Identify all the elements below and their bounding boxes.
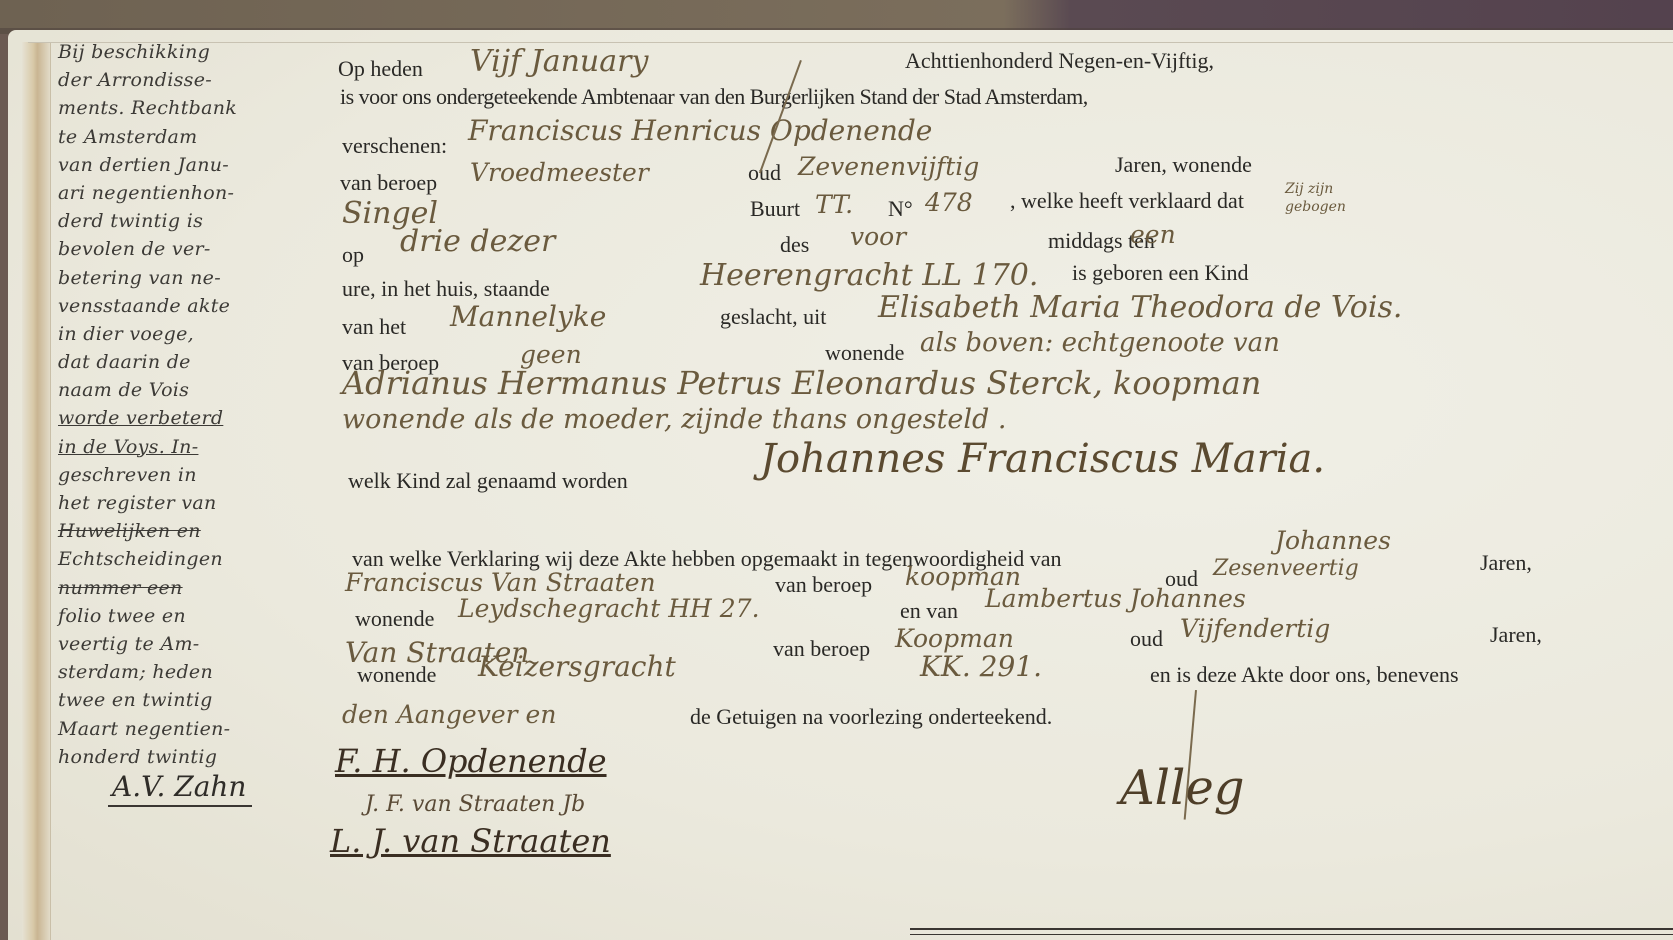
printed-van-beroep-w2: van beroep bbox=[773, 636, 870, 662]
handwritten-mother: Elisabeth Maria Theodora de Vois. bbox=[878, 290, 1402, 325]
printed-buurt: Buurt bbox=[750, 196, 800, 222]
printed-year: Achttienhonderd Negen-en-Vijftig, bbox=[905, 48, 1214, 74]
margin-line: vensstaande akte bbox=[58, 292, 358, 320]
printed-is-geboren: is geboren een Kind bbox=[1072, 260, 1249, 286]
margin-line: honderd twintig bbox=[58, 743, 358, 771]
handwritten-witness1-address: Leydschegracht HH 27. bbox=[458, 594, 760, 623]
margin-line: in de Voys. In- bbox=[58, 433, 358, 461]
margin-line: bevolen de ver- bbox=[58, 235, 358, 263]
handwritten-witness1-name: Franciscus Van Straaten bbox=[345, 568, 656, 597]
margin-signature: A.V. Zahn bbox=[108, 770, 252, 807]
margin-line: te Amsterdam bbox=[58, 123, 358, 151]
handwritten-hour: een bbox=[1130, 220, 1176, 249]
handwritten-margin-addition: Zij zijn gebogen bbox=[1285, 180, 1370, 216]
handwritten-father: Adrianus Hermanus Petrus Eleonardus Ster… bbox=[342, 364, 1261, 402]
printed-ambtenaar-line: is voor ons ondergeteekende Ambtenaar va… bbox=[340, 84, 1088, 110]
margin-line: twee en twintig bbox=[58, 686, 358, 714]
margin-line: Maart negentien- bbox=[58, 715, 358, 743]
printed-welk-kind: welk Kind zal genaamd worden bbox=[348, 468, 628, 494]
margin-line: geschreven in bbox=[58, 461, 358, 489]
printed-ure-huis: ure, in het huis, staande bbox=[342, 276, 550, 302]
handwritten-time-of-day: voor bbox=[850, 222, 906, 251]
handwritten-witness2-address: Keizersgracht bbox=[478, 650, 676, 683]
printed-oud-w2: oud bbox=[1130, 626, 1163, 652]
margin-line: der Arrondisse- bbox=[58, 66, 358, 94]
handwritten-child-name: Johannes Franciscus Maria. bbox=[760, 436, 1325, 482]
margin-line: Huwelijken en bbox=[58, 517, 358, 545]
margin-note: Bij beschikking der Arrondisse- ments. R… bbox=[58, 38, 358, 771]
handwritten-declarant-occupation: Vroedmeester bbox=[470, 158, 649, 187]
handwritten-witness2-occupation: Koopman bbox=[895, 624, 1014, 653]
printed-oud: oud bbox=[748, 160, 781, 186]
signature-witness1: J. F. van Straaten Jb bbox=[365, 792, 585, 817]
printed-wonende-w1: wonende bbox=[355, 606, 434, 632]
printed-en-is-deze: en is deze Akte door ons, benevens bbox=[1150, 662, 1459, 688]
printed-wonende: wonende bbox=[825, 340, 904, 366]
printed-number-sign: N° bbox=[888, 196, 913, 222]
handwritten-birth-address: Heerengracht LL 170. bbox=[700, 258, 1038, 293]
gutter-line bbox=[50, 42, 51, 940]
margin-line: nummer een bbox=[58, 574, 358, 602]
printed-jaren-w2: Jaren, bbox=[1490, 622, 1542, 648]
margin-line: van dertien Janu- bbox=[58, 151, 358, 179]
printed-jaren-wonende: Jaren, wonende bbox=[1115, 152, 1252, 178]
page-gutter bbox=[22, 42, 50, 940]
printed-op: op bbox=[342, 242, 364, 268]
margin-line: folio twee en bbox=[58, 602, 358, 630]
printed-en-van: en van bbox=[900, 598, 958, 624]
handwritten-sex: Mannelyke bbox=[450, 300, 606, 333]
handwritten-witness2-age: Vijfendertig bbox=[1180, 614, 1330, 643]
handwritten-witness2-house: KK. 291. bbox=[920, 650, 1042, 683]
signature-witness2: L. J. van Straaten bbox=[330, 822, 611, 860]
margin-line: betering van ne- bbox=[58, 264, 358, 292]
margin-line: ments. Rechtbank bbox=[58, 94, 358, 122]
printed-geslacht-uit: geslacht, uit bbox=[720, 304, 826, 330]
margin-line: Bij beschikking bbox=[58, 38, 358, 66]
printed-getuigen: de Getuigen na voorlezing onderteekend. bbox=[690, 704, 1052, 730]
margin-line: derd twintig is bbox=[58, 207, 358, 235]
handwritten-aangever: den Aangever en bbox=[342, 700, 556, 729]
printed-welke-heeft: , welke heeft verklaard dat bbox=[1010, 188, 1244, 214]
handwritten-declarant-age: Zevenenvijftig bbox=[798, 152, 979, 181]
margin-line: Echtscheidingen bbox=[58, 545, 358, 573]
margin-line: in dier voege, bbox=[58, 320, 358, 348]
margin-line: dat daarin de bbox=[58, 348, 358, 376]
book-cover-edge bbox=[0, 0, 1673, 34]
margin-line: het register van bbox=[58, 489, 358, 517]
printed-van-beroep: van beroep bbox=[340, 170, 437, 196]
handwritten-witness1-age: Zesenveertig bbox=[1213, 556, 1359, 581]
bottom-rule bbox=[910, 928, 1673, 930]
printed-verschenen: verschenen: bbox=[342, 133, 447, 159]
margin-line: veertig te Am- bbox=[58, 630, 358, 658]
handwritten-witness2-first: Lambertus Johannes bbox=[985, 584, 1246, 613]
handwritten-date: Vijf January bbox=[470, 44, 648, 79]
handwritten-father-residence: wonende als de moeder, zijnde thans onge… bbox=[342, 404, 1007, 435]
handwritten-declarant: Franciscus Henricus Opdenende bbox=[468, 114, 932, 147]
printed-van-beroep-w1: van beroep bbox=[775, 572, 872, 598]
printed-wonende-w2: wonende bbox=[357, 662, 436, 688]
margin-line: ari negentienhon- bbox=[58, 179, 358, 207]
signature-official: Alleg bbox=[1120, 760, 1245, 816]
handwritten-buurt-code: TT. bbox=[815, 190, 853, 219]
margin-line: sterdam; heden bbox=[58, 658, 358, 686]
bottom-rule bbox=[910, 934, 1673, 935]
handwritten-house-number: 478 bbox=[925, 188, 973, 217]
signature-declarant: F. H. Opdenende bbox=[335, 742, 607, 780]
printed-jaren-w1: Jaren, bbox=[1480, 550, 1532, 576]
printed-op-heden: Op heden bbox=[338, 56, 423, 82]
margin-line: worde verbeterd bbox=[58, 404, 358, 432]
printed-des: des bbox=[780, 232, 809, 258]
handwritten-witness1-first: Johannes bbox=[1275, 526, 1391, 555]
handwritten-day: drie dezer bbox=[400, 224, 555, 259]
margin-line: naam de Vois bbox=[58, 376, 358, 404]
handwritten-mother-residence: als boven: echtgenoote van bbox=[920, 328, 1280, 358]
printed-van-het: van het bbox=[342, 314, 406, 340]
